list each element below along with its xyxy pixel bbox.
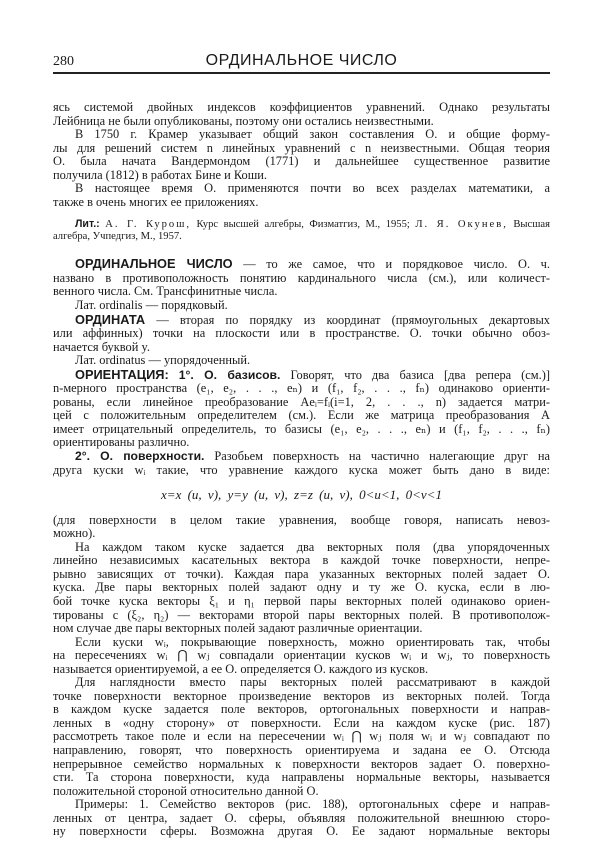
paragraph-applications: В настоящее время О. применяются почти в…: [53, 182, 550, 209]
page-body: ясь системой двойных индексов коэффициен…: [53, 101, 550, 839]
entry-ordinal-number: ОРДИНАЛЬНОЕ ЧИСЛО — то же самое, что и п…: [53, 257, 550, 312]
section-bases-label: 1°. О. базисов.: [179, 368, 281, 382]
surface-equation: x=x (u, v), y=y (u, v), z=z (u, v), 0<u<…: [53, 488, 550, 502]
paragraph-cramer: В 1750 г. Крамер указывает общий закон с…: [53, 128, 550, 182]
paragraph-leibniz: ясь системой двойных индексов коэффициен…: [53, 101, 550, 128]
section-surface-label: 2°. О. поверхности.: [75, 449, 204, 463]
headword-ordinata: ОРДИНАТА: [75, 312, 145, 327]
literature-references: Лит.: А. Г. Курош, Курс высшей алгебры, …: [53, 218, 550, 243]
author-okunev: Л. Я. Окунев,: [415, 219, 508, 230]
paragraph-vector-fields: На каждом таком куске задается два векто…: [53, 541, 550, 636]
running-title: ОРДИНАЛЬНОЕ ЧИСЛО: [53, 52, 550, 70]
paragraph-after-formula: (для поверхности в целом такие уравнения…: [53, 514, 550, 541]
paragraph-examples: Примеры: 1. Семейство векторов (рис. 188…: [53, 798, 550, 839]
headword-ordinal: ОРДИНАЛЬНОЕ ЧИСЛО: [75, 256, 233, 271]
running-header: 280 ОРДИНАЛЬНОЕ ЧИСЛО: [53, 50, 550, 70]
header-rule: [53, 72, 550, 74]
author-kurosh: А. Г. Курош,: [105, 219, 191, 230]
section-surface-orientation: 2°. О. поверхности. Разобьем поверхность…: [53, 450, 550, 477]
paragraph-orientable: Если куски wᵢ, покрывающие поверхность, …: [53, 636, 550, 677]
entry-orientation: ОРИЕНТАЦИЯ: 1°. О. базисов. Говорят, что…: [53, 368, 550, 450]
headword-orientation: ОРИЕНТАЦИЯ:: [75, 367, 169, 382]
paragraph-normals: Для наглядности вместо пары векторных по…: [53, 676, 550, 798]
entry-ordinata: ОРДИНАТА — вторая по порядку из координа…: [53, 313, 550, 368]
